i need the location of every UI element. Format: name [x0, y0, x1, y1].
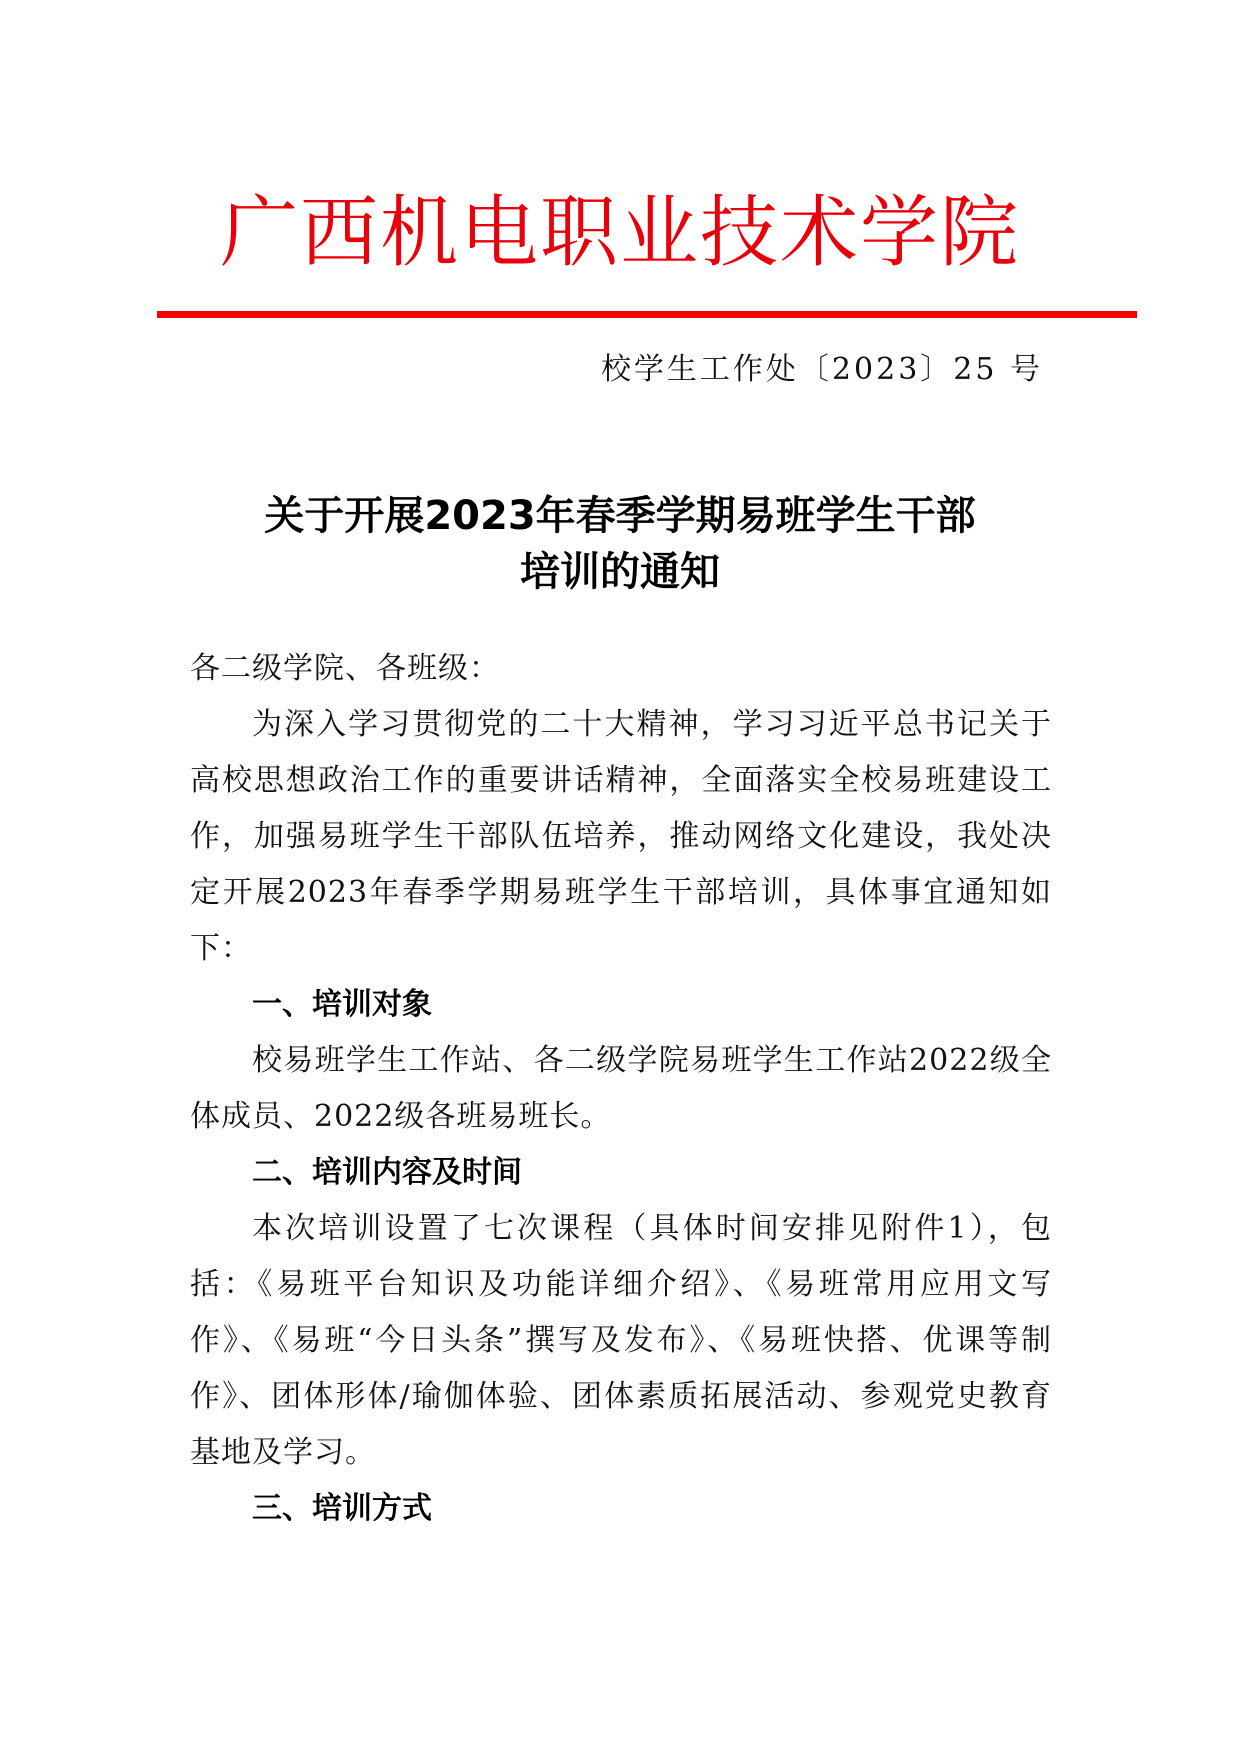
- section-text-targets: 校易班学生工作站、各二级学院易班学生工作站2022级全体成员、2022级各班易班…: [190, 1033, 1052, 1145]
- document-page: 广西机电职业技术学院 校学生工作处〔2023〕25 号 关于开展2023年春季学…: [0, 0, 1240, 1753]
- notice-title-line-1: 关于开展2023年春季学期易班学生干部: [0, 488, 1240, 544]
- salutation: 各二级学院、各班级：: [190, 641, 1052, 697]
- institution-masthead: 广西机电职业技术学院: [0, 188, 1240, 278]
- red-divider-rule: [157, 311, 1137, 318]
- notice-title: 关于开展2023年春季学期易班学生干部 培训的通知: [0, 488, 1240, 600]
- notice-body: 各二级学院、各班级： 为深入学习贯彻党的二十大精神，学习习近平总书记关于高校思想…: [190, 641, 1052, 1537]
- section-heading-targets: 一、培训对象: [190, 977, 1052, 1033]
- section-text-content-time: 本次培训设置了七次课程（具体时间安排见附件1），包括：《易班平台知识及功能详细介…: [190, 1201, 1052, 1481]
- section-heading-content-time: 二、培训内容及时间: [190, 1145, 1052, 1201]
- intro-paragraph: 为深入学习贯彻党的二十大精神，学习习近平总书记关于高校思想政治工作的重要讲话精神…: [190, 697, 1052, 977]
- section-heading-method: 三、培训方式: [190, 1481, 1052, 1537]
- notice-title-line-2: 培训的通知: [0, 544, 1240, 600]
- document-number: 校学生工作处〔2023〕25 号: [601, 350, 1043, 390]
